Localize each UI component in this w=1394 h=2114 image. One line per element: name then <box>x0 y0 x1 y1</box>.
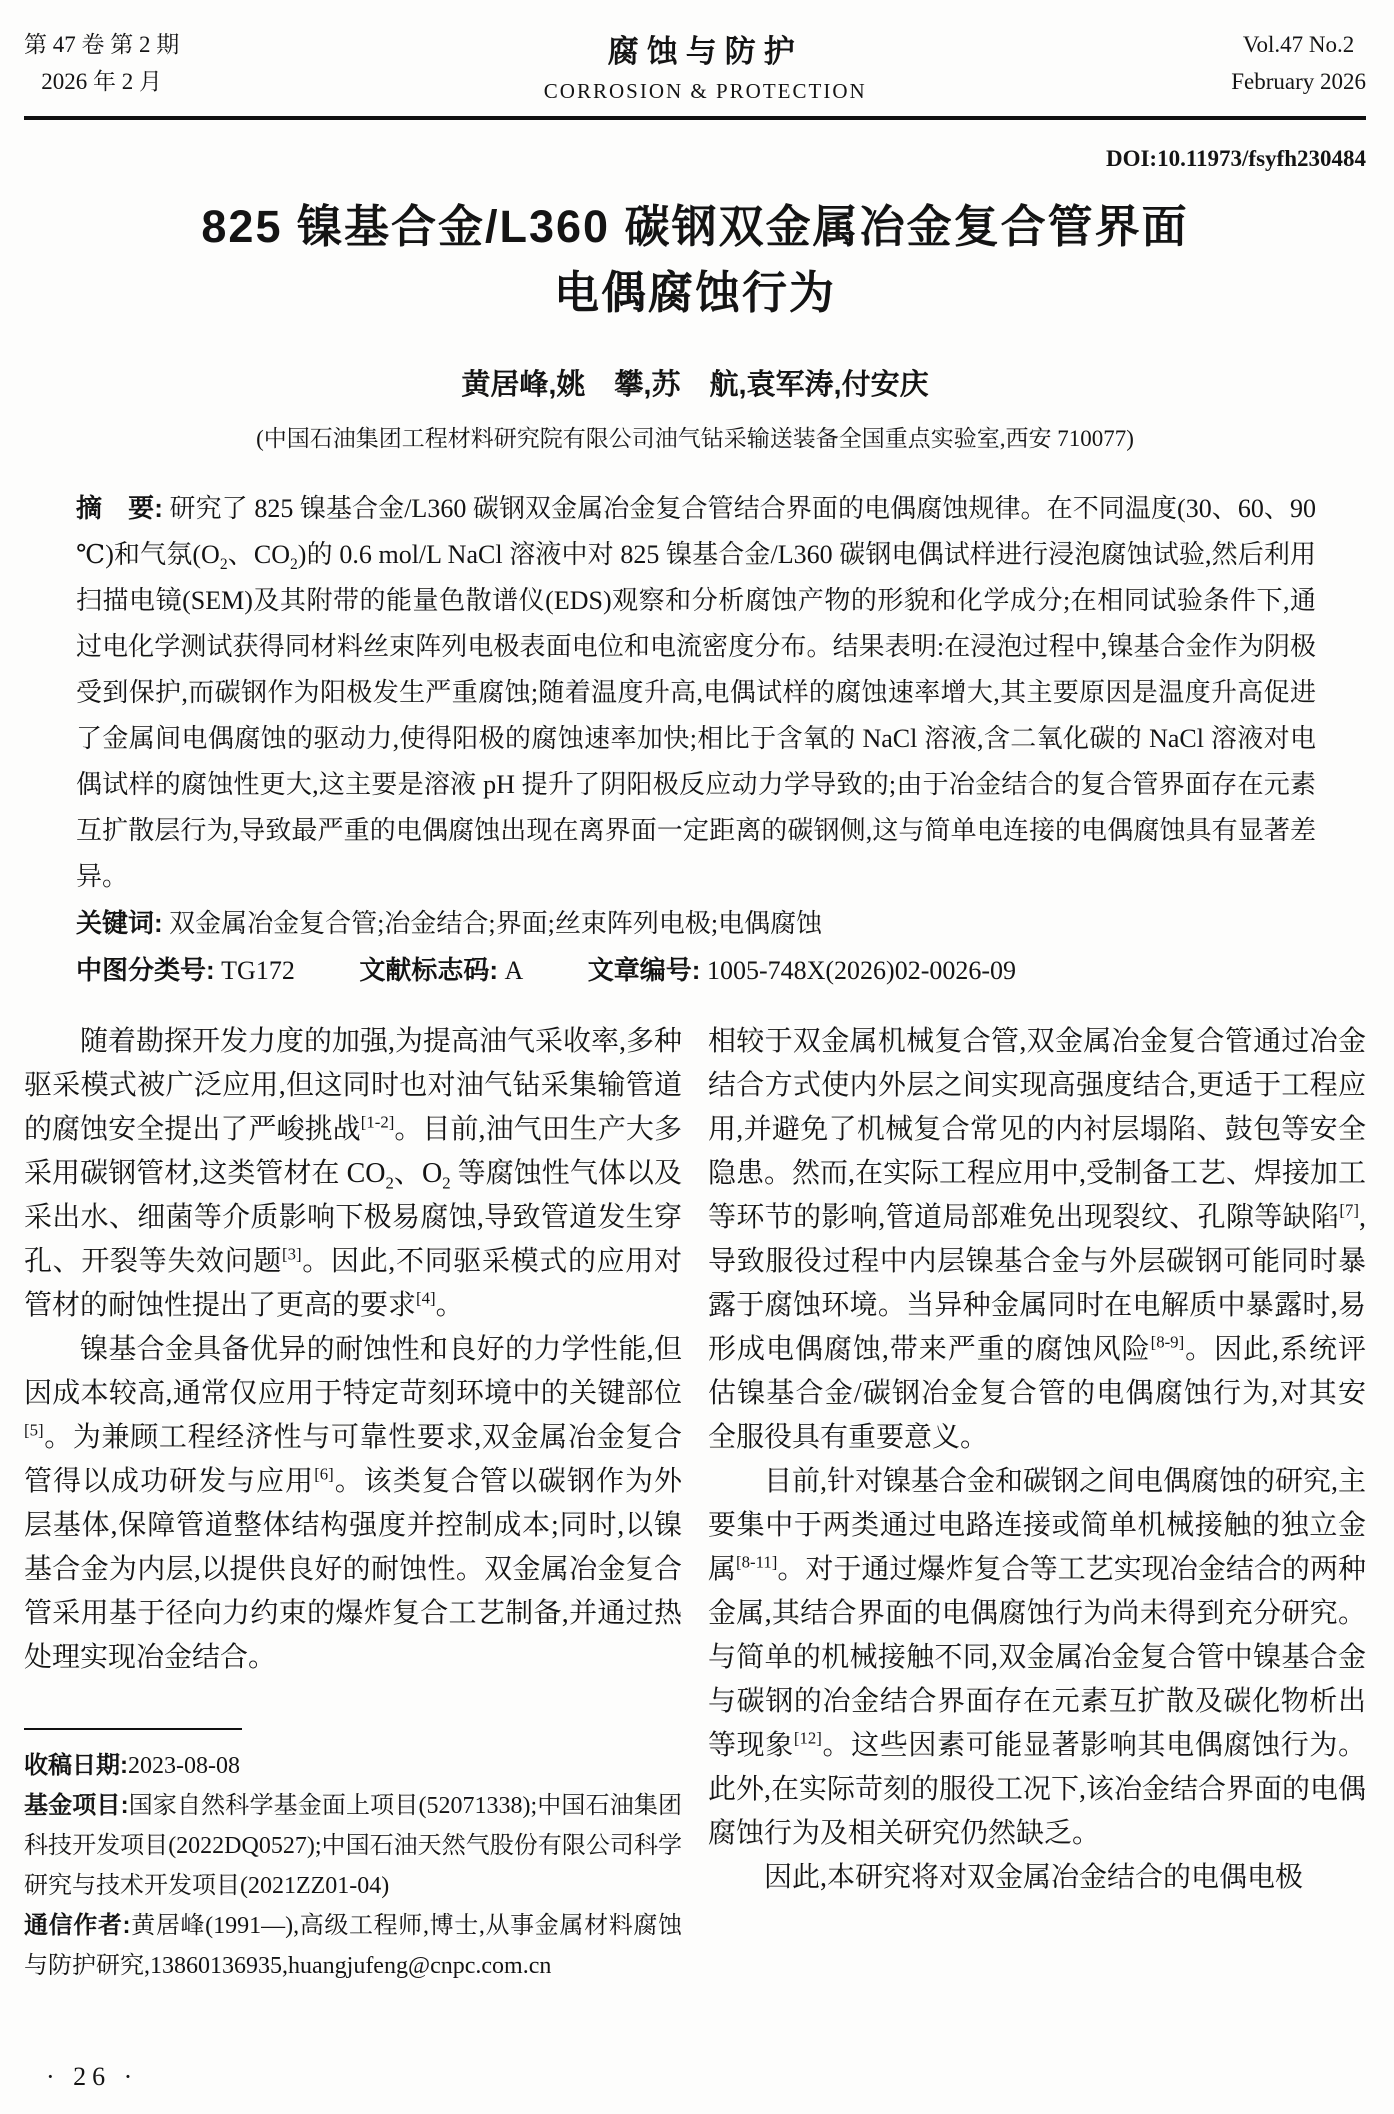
column-left: 随着勘探开发力度的加强,为提高油气采收率,多种驱采模式被广泛应用,但这同时也对油… <box>24 1020 682 1986</box>
volume-issue-cn: 第 47 卷 第 2 期 <box>24 26 179 63</box>
abstract-label: 摘 要: <box>76 493 163 523</box>
keywords: 关键词: 双金属冶金复合管;冶金结合;界面;丝束阵列电极;电偶腐蚀 <box>76 900 1316 947</box>
journal-title-block: 腐蚀与防护 CORROSION & PROTECTION <box>544 26 867 104</box>
footnote-funding: 基金项目:国家自然科学基金面上项目(52071338);中国石油集团科技开发项目… <box>24 1786 682 1906</box>
keywords-label: 关键词: <box>76 908 163 938</box>
document-code: 文献标志码: A <box>359 956 523 985</box>
footnote-received: 收稿日期:2023-08-08 <box>24 1746 682 1786</box>
paragraph: 因此,本研究将对双金属冶金结合的电偶电极 <box>708 1856 1366 1900</box>
body-columns: 随着勘探开发力度的加强,为提高油气采收率,多种驱采模式被广泛应用,但这同时也对油… <box>24 1020 1366 1986</box>
paragraph: 随着勘探开发力度的加强,为提高油气采收率,多种驱采模式被广泛应用,但这同时也对油… <box>24 1020 682 1328</box>
article-id: 文章编号: 1005-748X(2026)02-0026-09 <box>588 956 1016 985</box>
footnote-rule <box>24 1728 242 1730</box>
masthead: 第 47 卷 第 2 期 2026 年 2 月 腐蚀与防护 CORROSION … <box>24 26 1366 104</box>
header-rule <box>24 116 1366 120</box>
column-right: 相较于双金属机械复合管,双金属冶金复合管通过冶金结合方式使内外层之间实现高强度结… <box>708 1020 1366 1986</box>
date-en: February 2026 <box>1231 63 1366 100</box>
paragraph: 相较于双金属机械复合管,双金属冶金复合管通过冶金结合方式使内外层之间实现高强度结… <box>708 1020 1366 1460</box>
abstract: 摘 要: 研究了 825 镍基合金/L360 碳钢双金属冶金复合管结合界面的电偶… <box>76 485 1316 900</box>
paragraph: 镍基合金具备优异的耐蚀性和良好的力学性能,但因成本较高,通常仅应用于特定苛刻环境… <box>24 1328 682 1680</box>
clc-number: 中图分类号: TG172 <box>76 956 295 985</box>
affiliation: (中国石油集团工程材料研究院有限公司油气钻采输送装备全国重点实验室,西安 710… <box>24 420 1366 453</box>
footnote-corresponding-author: 通信作者:黄居峰(1991—),高级工程师,博士,从事金属材料腐蚀与防护研究,1… <box>24 1906 682 1986</box>
page-number: · 26 · <box>46 2062 138 2092</box>
journal-title-cn: 腐蚀与防护 <box>544 26 867 71</box>
article-title-line1: 825 镍基合金/L360 碳钢双金属冶金复合管界面 <box>24 194 1366 260</box>
date-cn: 2026 年 2 月 <box>24 63 179 100</box>
abstract-text: 研究了 825 镍基合金/L360 碳钢双金属冶金复合管结合界面的电偶腐蚀规律。… <box>76 494 1316 891</box>
article-title: 825 镍基合金/L360 碳钢双金属冶金复合管界面 电偶腐蚀行为 <box>24 194 1366 326</box>
meta-block: 摘 要: 研究了 825 镍基合金/L360 碳钢双金属冶金复合管结合界面的电偶… <box>76 485 1316 994</box>
issue-info-cn: 第 47 卷 第 2 期 2026 年 2 月 <box>24 26 179 100</box>
paragraph: 目前,针对镍基合金和碳钢之间电偶腐蚀的研究,主要集中于两类通过电路连接或简单机械… <box>708 1460 1366 1856</box>
article-title-line2: 电偶腐蚀行为 <box>24 260 1366 326</box>
issue-info-en: Vol.47 No.2 February 2026 <box>1231 26 1366 100</box>
classification-line: 中图分类号: TG172 文献标志码: A 文章编号: 1005-748X(20… <box>76 947 1316 994</box>
authors: 黄居峰,姚 攀,苏 航,袁军涛,付安庆 <box>24 362 1366 403</box>
keywords-text: 双金属冶金复合管;冶金结合;界面;丝束阵列电极;电偶腐蚀 <box>169 909 822 938</box>
volume-issue-en: Vol.47 No.2 <box>1231 26 1366 63</box>
journal-title-en: CORROSION & PROTECTION <box>544 79 867 104</box>
doi: DOI:10.11973/fsyfh230484 <box>24 146 1366 172</box>
journal-page: 第 47 卷 第 2 期 2026 年 2 月 腐蚀与防护 CORROSION … <box>0 0 1394 2114</box>
footnote: 收稿日期:2023-08-08 基金项目:国家自然科学基金面上项目(520713… <box>24 1728 682 1986</box>
